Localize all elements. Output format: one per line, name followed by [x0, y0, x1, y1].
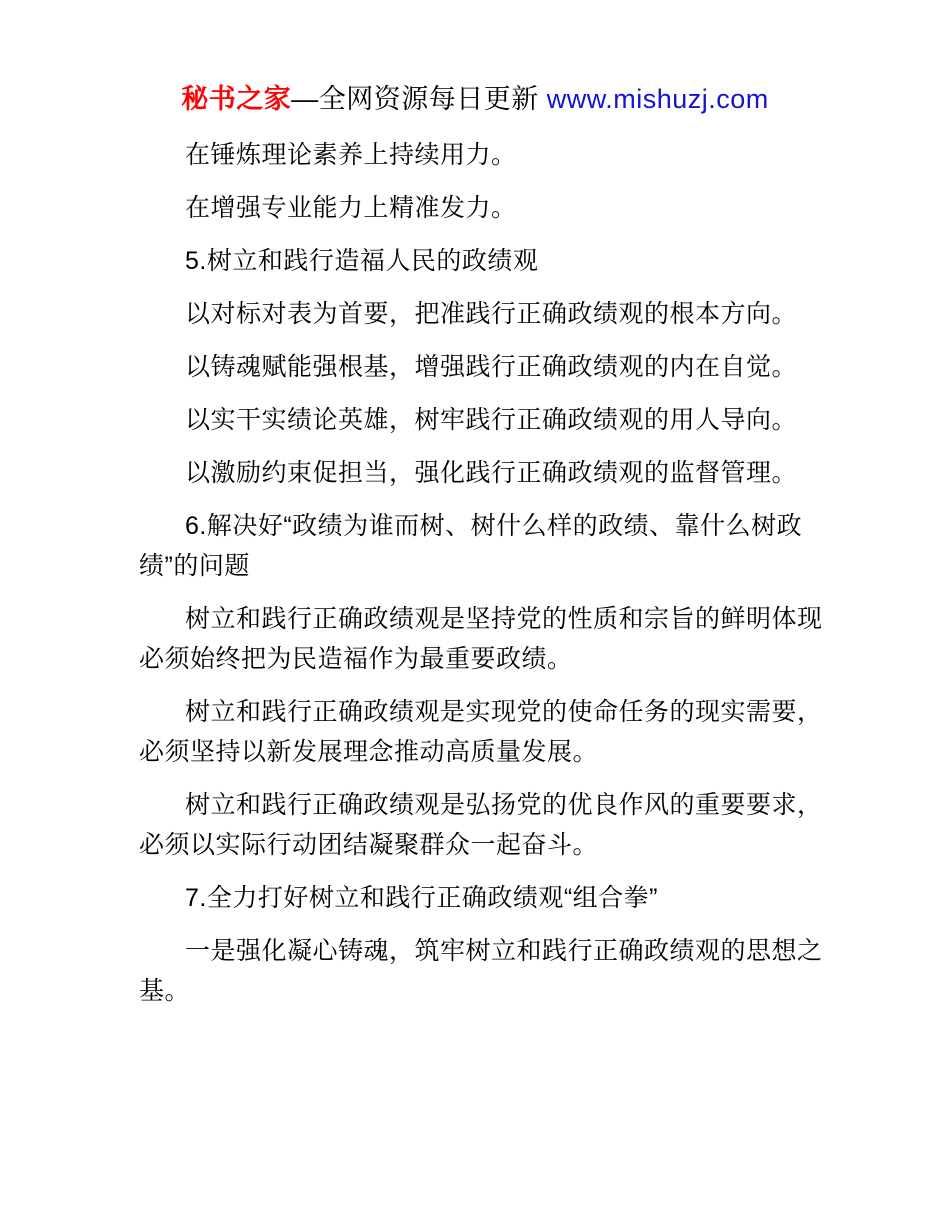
text-line: 树立和践行正确政绩观是弘扬党的优良作风的重要要求， — [139, 785, 950, 825]
paragraph: 树立和践行正确政绩观是弘扬党的优良作风的重要要求，必须以实际行动团结凝聚群众一起… — [139, 785, 950, 865]
paragraph: 在增强专业能力上精准发力。 — [139, 188, 950, 228]
text-line: 以激励约束促担当，强化践行正确政绩观的监督管理。 — [139, 453, 950, 493]
paragraph: 以对标对表为首要，把准践行正确政绩观的根本方向。 — [139, 294, 950, 334]
paragraph: 以实干实绩论英雄，树牢践行正确政绩观的用人导向。 — [139, 400, 950, 440]
paragraph: 7.全力打好树立和践行正确政绩观“组合拳” — [139, 878, 950, 918]
document-header: 秘书之家—全网资源每日更新 www.mishuzj.com — [0, 0, 950, 114]
document-body: 在锤炼理论素养上持续用力。在增强专业能力上精准发力。5.树立和践行造福人民的政绩… — [0, 135, 950, 1011]
text-line: 一是强化凝心铸魂，筑牢树立和践行正确政绩观的思想之 — [139, 931, 950, 971]
text-line: 必须坚持以新发展理念推动高质量发展。 — [139, 732, 950, 772]
paragraph: 以激励约束促担当，强化践行正确政绩观的监督管理。 — [139, 453, 950, 493]
text-line: 在锤炼理论素养上持续用力。 — [139, 135, 950, 175]
text-line: 以对标对表为首要，把准践行正确政绩观的根本方向。 — [139, 294, 950, 334]
text-line: 5.树立和践行造福人民的政绩观 — [139, 241, 950, 281]
paragraph: 树立和践行正确政绩观是实现党的使命任务的现实需要，必须坚持以新发展理念推动高质量… — [139, 692, 950, 772]
text-line: 树立和践行正确政绩观是坚持党的性质和宗旨的鲜明体现 — [139, 599, 950, 639]
text-line: 以铸魂赋能强根基，增强践行正确政绩观的内在自觉。 — [139, 347, 950, 387]
paragraph: 树立和践行正确政绩观是坚持党的性质和宗旨的鲜明体现必须始终把为民造福作为最重要政… — [139, 599, 950, 679]
text-line: 树立和践行正确政绩观是实现党的使命任务的现实需要， — [139, 692, 950, 732]
site-url-link[interactable]: www.mishuzj.com — [547, 84, 769, 114]
paragraph: 5.树立和践行造福人民的政绩观 — [139, 241, 950, 281]
paragraph: 以铸魂赋能强根基，增强践行正确政绩观的内在自觉。 — [139, 347, 950, 387]
text-line: 基。 — [139, 971, 950, 1011]
text-line: 6.解决好“政绩为谁而树、树什么样的政绩、靠什么树政 — [139, 506, 950, 546]
text-line: 必须以实际行动团结凝聚群众一起奋斗。 — [139, 825, 950, 865]
site-brand-name: 秘书之家 — [181, 84, 291, 114]
paragraph: 6.解决好“政绩为谁而树、树什么样的政绩、靠什么树政绩”的问题 — [139, 506, 950, 586]
text-line: 必须始终把为民造福作为最重要政绩。 — [139, 639, 950, 679]
text-line: 在增强专业能力上精准发力。 — [139, 188, 950, 228]
text-line: 7.全力打好树立和践行正确政绩观“组合拳” — [139, 878, 950, 918]
paragraph: 在锤炼理论素养上持续用力。 — [139, 135, 950, 175]
site-tagline: —全网资源每日更新 — [291, 84, 547, 114]
paragraph: 一是强化凝心铸魂，筑牢树立和践行正确政绩观的思想之基。 — [139, 931, 950, 1011]
document-page: 秘书之家—全网资源每日更新 www.mishuzj.com 在锤炼理论素养上持续… — [0, 0, 950, 1230]
text-line: 绩”的问题 — [139, 546, 950, 586]
text-line: 以实干实绩论英雄，树牢践行正确政绩观的用人导向。 — [139, 400, 950, 440]
